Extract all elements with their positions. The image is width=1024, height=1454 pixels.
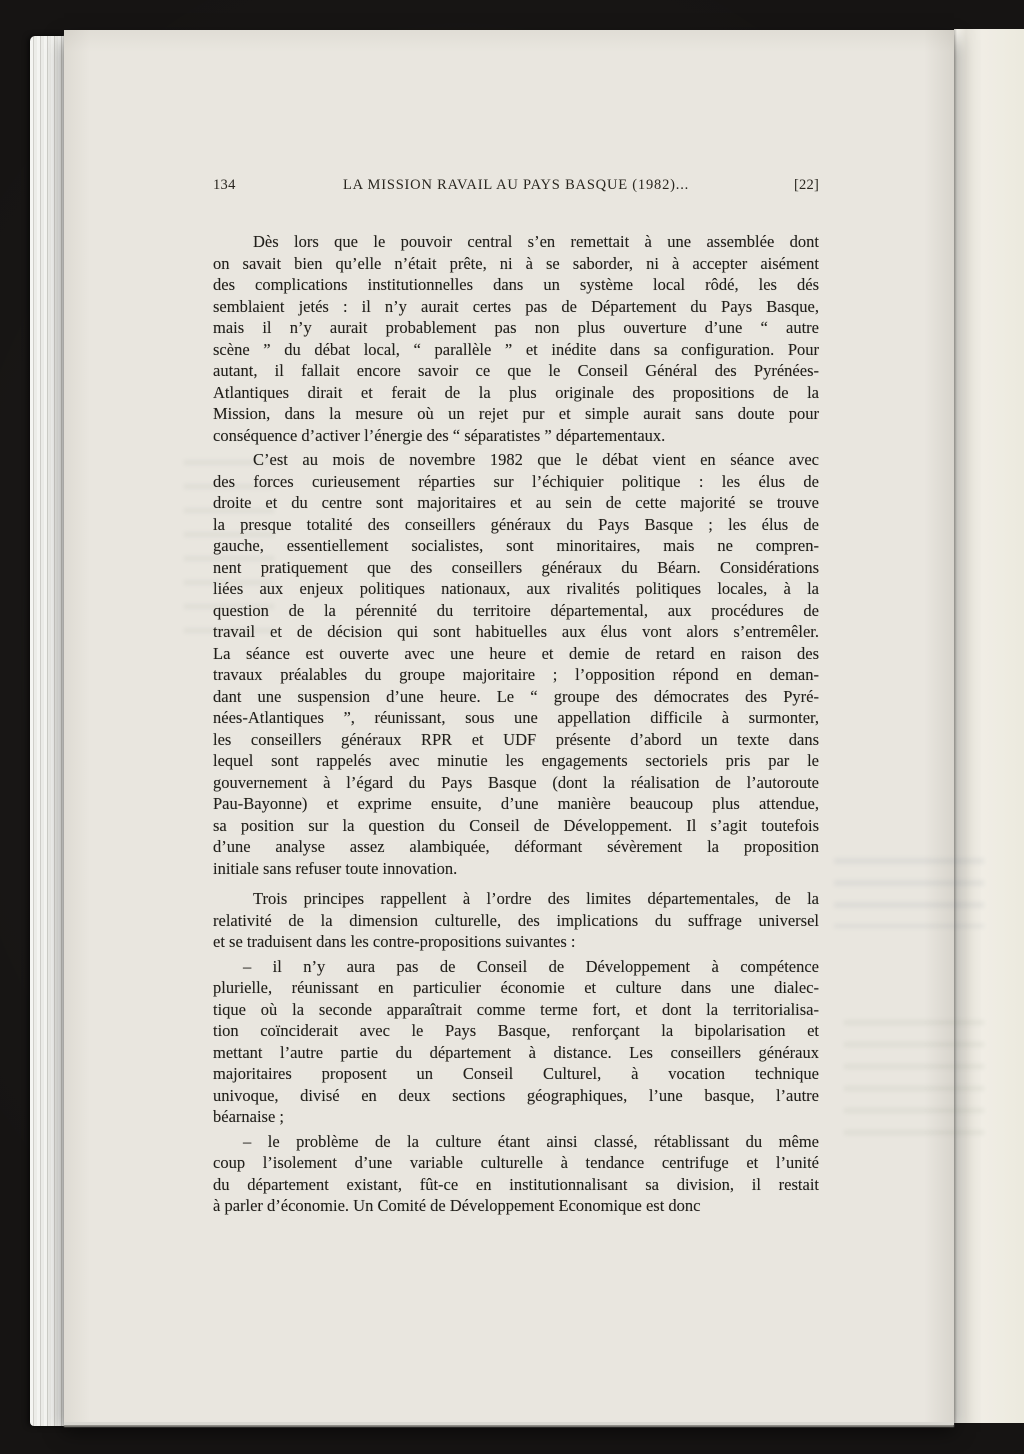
running-header: 134 LA MISSION RAVAIL AU PAYS BASQUE (19…	[213, 177, 819, 194]
text-line: gouvernement à l’égard du Pays Basque (d…	[213, 772, 819, 794]
text-line: nées-Atlantiques ”, réunissant, sous une…	[213, 707, 819, 729]
text-line: les conseillers généraux RPR et UDF prés…	[213, 729, 819, 751]
text-line: et se traduisent dans les contre-proposi…	[213, 931, 819, 953]
text-line: gauche, essentiellement socialistes, son…	[213, 535, 819, 557]
text-line: du département existant, fût-ce en insti…	[213, 1174, 819, 1196]
text-line: des forces curieusement réparties sur l’…	[213, 471, 819, 493]
text-line: liées aux enjeux politiques nationaux, a…	[213, 578, 819, 600]
text-line: Trois principes rappellent à l’ordre des…	[213, 888, 819, 910]
text-line: La séance est ouverte avec une heure et …	[213, 643, 819, 665]
text-line: tion coïnciderait avec le Pays Basque, r…	[213, 1020, 819, 1042]
page-number: 134	[213, 177, 285, 194]
text-line: relativité de la dimension culturelle, d…	[213, 910, 819, 932]
text-line: droite et du centre sont majoritaires et…	[213, 492, 819, 514]
text-line: autant, il fallait encore savoir ce que …	[213, 360, 819, 382]
text-line: majoritaires proposent un Conseil Cultur…	[213, 1063, 819, 1085]
facing-page-edge	[954, 29, 1024, 1423]
text-line: question de la pérennité du territoire d…	[213, 600, 819, 622]
paragraph: Trois principes rappellent à l’ordre des…	[213, 888, 819, 953]
paragraph: Dès lors que le pouvoir central s’en rem…	[213, 231, 819, 446]
margin-reference: [22]	[747, 177, 819, 194]
text-line: semblaient jetés : il n’y aurait certes …	[213, 296, 819, 318]
text-line: mettant l’autre partie du département à …	[213, 1042, 819, 1064]
text-line: univoque, divisé en deux sections géogra…	[213, 1085, 819, 1107]
text-line: sa position sur la question du Conseil d…	[213, 815, 819, 837]
text-line: scène ” du débat local, “ parallèle ” et…	[213, 339, 819, 361]
text-line: dant une suspension d’une heure. Le “ gr…	[213, 686, 819, 708]
text-line: initiale sans refuser toute innovation.	[213, 858, 819, 880]
text-line: Pau-Bayonne) et exprime ensuite, d’une m…	[213, 793, 819, 815]
paragraph: C’est au mois de novembre 1982 que le dé…	[213, 449, 819, 879]
text-line: d’une analyse assez alambiquée, déforman…	[213, 836, 819, 858]
text-line: tique où la seconde apparaîtrait comme t…	[213, 999, 819, 1021]
page-body: Dès lors que le pouvoir central s’en rem…	[213, 231, 819, 1217]
book-photo: 134 LA MISSION RAVAIL AU PAYS BASQUE (19…	[0, 0, 1024, 1454]
text-line: conséquence d’activer l’énergie des “ sé…	[213, 425, 819, 447]
page-stack-edges	[30, 36, 68, 1426]
text-line: à parler d’économie. Un Comité de Dévelo…	[213, 1195, 819, 1217]
text-line: travail et de décision qui sont habituel…	[213, 621, 819, 643]
text-line: – le problème de la culture étant ainsi …	[213, 1131, 819, 1153]
text-line: plurielle, réunissant en particulier éco…	[213, 977, 819, 999]
paragraph: – le problème de la culture étant ainsi …	[213, 1131, 819, 1217]
running-title: LA MISSION RAVAIL AU PAYS BASQUE (1982).…	[285, 177, 747, 194]
text-line: la presque totalité des conseillers géné…	[213, 514, 819, 536]
text-line: des complications institutionnelles dans…	[213, 274, 819, 296]
book-page: 134 LA MISSION RAVAIL AU PAYS BASQUE (19…	[64, 30, 954, 1422]
text-line: Dès lors que le pouvoir central s’en rem…	[213, 231, 819, 253]
text-line: Atlantiques dirait et ferait de la plus …	[213, 382, 819, 404]
text-line: travaux préalables du groupe majoritaire…	[213, 664, 819, 686]
text-line: béarnaise ;	[213, 1106, 819, 1128]
text-line: C’est au mois de novembre 1982 que le dé…	[213, 449, 819, 471]
paragraph: – il n’y aura pas de Conseil de Développ…	[213, 956, 819, 1128]
text-line: nent pratiquement que des conseillers gé…	[213, 557, 819, 579]
text-line: – il n’y aura pas de Conseil de Développ…	[213, 956, 819, 978]
text-line: mais il n’y aurait probablement pas non …	[213, 317, 819, 339]
text-line: coup l’isolement d’une variable culturel…	[213, 1152, 819, 1174]
text-line: on savait bien qu’elle n’était prête, ni…	[213, 253, 819, 275]
text-line: Mission, dans la mesure où un rejet pur …	[213, 403, 819, 425]
page-content: 134 LA MISSION RAVAIL AU PAYS BASQUE (19…	[213, 177, 819, 1217]
text-line: lequel sont rappelés avec minutie les en…	[213, 750, 819, 772]
